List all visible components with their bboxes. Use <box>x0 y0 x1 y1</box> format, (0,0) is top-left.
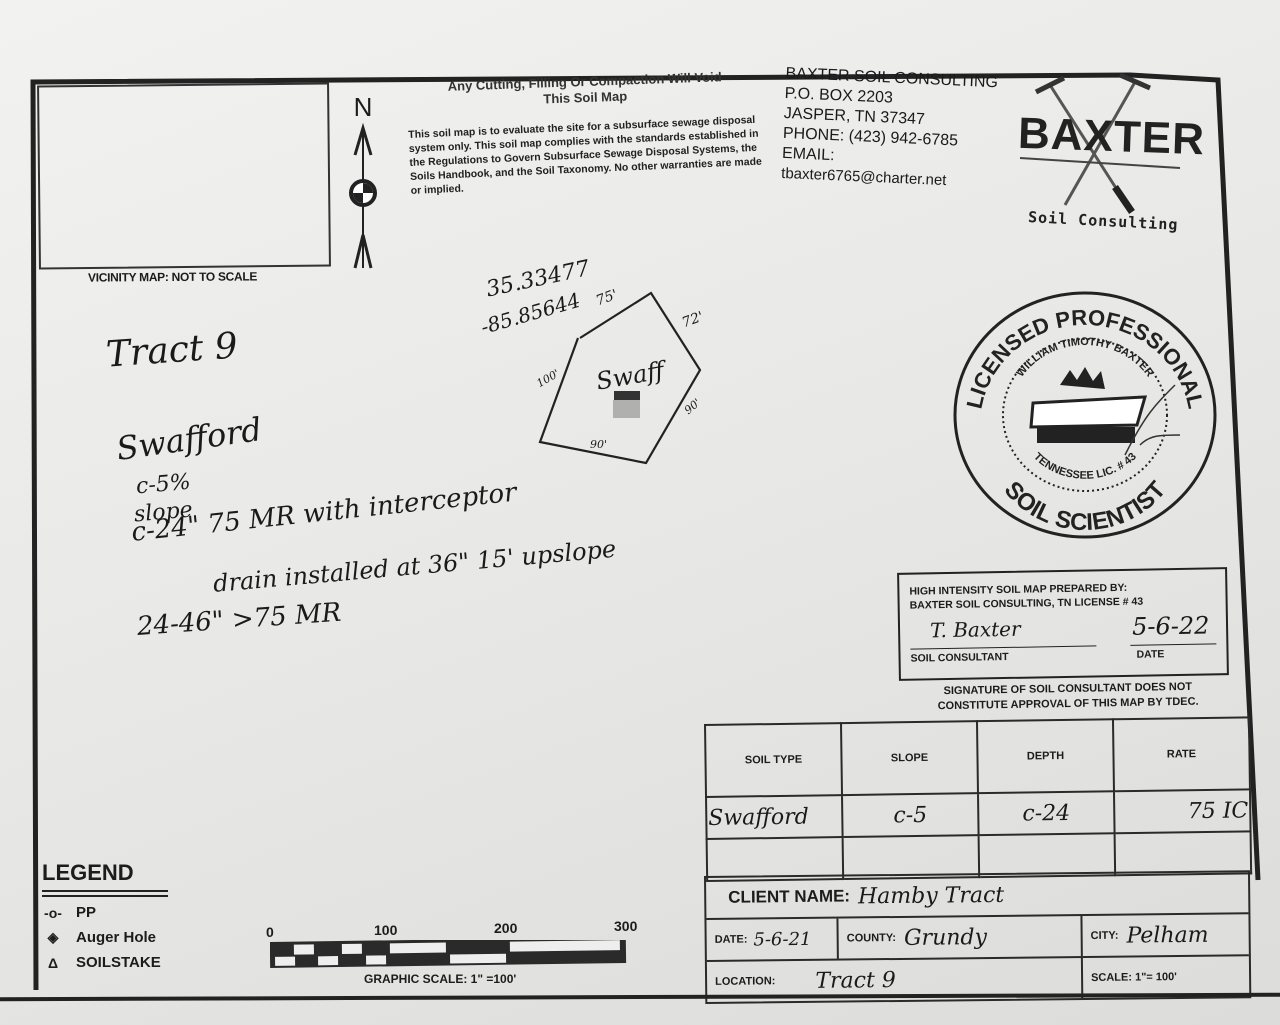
header-depth: DEPTH <box>977 719 1114 793</box>
client-info-block: CLIENT NAME: Hamby Tract DATE: 5-6-21 CO… <box>704 870 1251 1004</box>
sketch-side-bottom: 90' <box>590 438 607 451</box>
svg-text:TENNESSEE LIC. # 43: TENNESSEE LIC. # 43 <box>1031 451 1139 482</box>
graphic-scale-bar <box>270 940 634 972</box>
company-info: BAXTER SOIL CONSULTING P.O. BOX 2203 JAS… <box>781 64 999 193</box>
county-label: COUNTY: <box>847 932 896 945</box>
legend-item-pp: -o- PP <box>44 904 161 921</box>
graphic-scale-caption: GRAPHIC SCALE: 1" =100' <box>364 972 516 986</box>
tdec-disclaimer: SIGNATURE OF SOIL CONSULTANT DOES NOT CO… <box>908 679 1228 715</box>
preparer-date-label: DATE <box>1136 648 1164 660</box>
north-arrow-icon: N <box>348 92 378 272</box>
date-label: DATE: <box>715 934 748 946</box>
vicinity-map-box <box>37 82 331 269</box>
cell-rate: 75 IC <box>1114 789 1251 833</box>
legend-item-auger-hole: ◈ Auger Hole <box>44 929 161 946</box>
date-county-city-row: DATE: 5-6-21 COUNTY: Grundy CITY: Pelham <box>706 914 1248 962</box>
city-label: CITY: <box>1091 930 1119 942</box>
cell-depth: c-24 <box>978 791 1115 835</box>
svg-text:LICENSED PROFESSIONAL: LICENSED PROFESSIONAL <box>962 305 1209 411</box>
header-rate: RATE <box>1113 717 1250 791</box>
date-value: 5-6-21 <box>753 928 811 950</box>
legend-item-soilstake: Δ SOILSTAKE <box>44 954 161 971</box>
header-slope: SLOPE <box>841 721 978 795</box>
auger-hole-icon: ◈ <box>44 929 62 946</box>
client-name-value: Hamby Tract <box>858 882 1004 909</box>
legend-divider <box>42 890 168 897</box>
soil-consultant-label: SOIL CONSULTANT <box>910 651 1008 665</box>
client-row: CLIENT NAME: Hamby Tract <box>706 872 1248 920</box>
header-soil-type: SOIL TYPE <box>705 723 842 797</box>
scale-label: SCALE: 1"= 100' <box>1091 971 1177 984</box>
cell-soil-type: Swafford <box>706 795 843 839</box>
legend-title: LEGEND <box>42 860 134 886</box>
svg-text:SOIL SCIENTIST: SOIL SCIENTIST <box>999 476 1172 536</box>
soil-table-header: SOIL TYPE SLOPE DEPTH RATE <box>705 717 1250 797</box>
county-value: Grundy <box>904 925 987 951</box>
licensed-seal-icon: LICENSED PROFESSIONAL SOIL SCIENTIST WIL… <box>945 285 1225 545</box>
slope-range-note: c-5% <box>135 470 192 500</box>
city-value: Pelham <box>1126 922 1208 948</box>
client-name-label: CLIENT NAME: <box>728 886 850 907</box>
preparer-block: HIGH INTENSITY SOIL MAP PREPARED BY: BAX… <box>897 567 1229 681</box>
logo-wordmark: BAXTER <box>1017 109 1206 165</box>
legend-list: -o- PP ◈ Auger Hole Δ SOILSTAKE <box>44 904 161 971</box>
cell-slope: c-5 <box>842 793 979 837</box>
location-label: LOCATION: <box>715 975 775 988</box>
north-letter: N <box>348 92 378 123</box>
soil-table: SOIL TYPE SLOPE DEPTH RATE Swafford c-5 … <box>704 716 1252 882</box>
soilstake-icon: Δ <box>44 955 62 971</box>
location-value: Tract 9 <box>815 967 896 993</box>
vicinity-map-label: VICINITY MAP: NOT TO SCALE <box>88 269 257 284</box>
preparer-date-value: 5-6-22 <box>1132 611 1210 640</box>
pp-icon: -o- <box>44 905 62 921</box>
consultant-signature: T. Baxter <box>930 617 1021 643</box>
soil-map-sheet: VICINITY MAP: NOT TO SCALE N Any Cutting… <box>0 0 1280 1025</box>
